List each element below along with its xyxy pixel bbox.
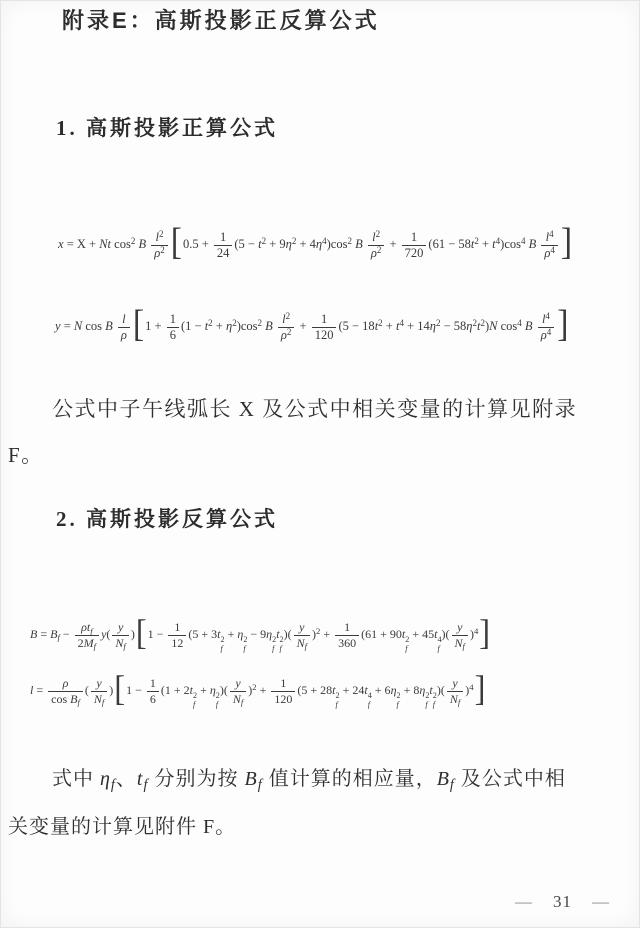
page-number: 31 [553, 892, 572, 912]
paragraph-1: 公式中子午线弧长 X 及公式中相关变量的计算见附录 F。 [8, 386, 632, 478]
paragraph-1-line-1: 公式中子午线弧长 X 及公式中相关变量的计算见附录 [8, 386, 632, 432]
section-1-heading: 1. 高斯投影正算公式 [56, 112, 278, 142]
section-2-heading: 2. 高斯投影反算公式 [56, 503, 278, 533]
formula-l-inverse: l = ρcos Bf(yNf)[1 − 16(1 + 2t2f + η2f)(… [30, 670, 486, 710]
formula-y-forward: y = N cos B lρ[1 + 16(1 − t2 + η2)cos2 B… [55, 306, 569, 346]
paragraph-1-line-2: F。 [8, 432, 632, 478]
document-page: 附录E：高斯投影正反算公式 1. 高斯投影正算公式 x = X + Nt cos… [0, 0, 640, 928]
appendix-title: 附录E：高斯投影正反算公式 [62, 4, 380, 35]
page-footer: — 31 — [515, 892, 610, 912]
footer-dash-right: — [592, 892, 610, 912]
paragraph-2-line-2: 关变量的计算见附件 F。 [8, 804, 632, 850]
paragraph-2: 式中 ηf、tf 分别为按 Bf 值计算的相应量，Bf 及公式中相 关变量的计算… [8, 756, 632, 850]
formula-b-inverse: B = Bf − ρtf2Mfy(yNf)[1 − 112(5 + 3t2f +… [30, 614, 491, 654]
formula-x-forward: x = X + Nt cos2 B l2ρ2[0.5 + 124(5 − t2 … [58, 224, 573, 264]
paragraph-2-line-1: 式中 ηf、tf 分别为按 Bf 值计算的相应量，Bf 及公式中相 [8, 756, 632, 804]
footer-dash-left: — [515, 892, 533, 912]
